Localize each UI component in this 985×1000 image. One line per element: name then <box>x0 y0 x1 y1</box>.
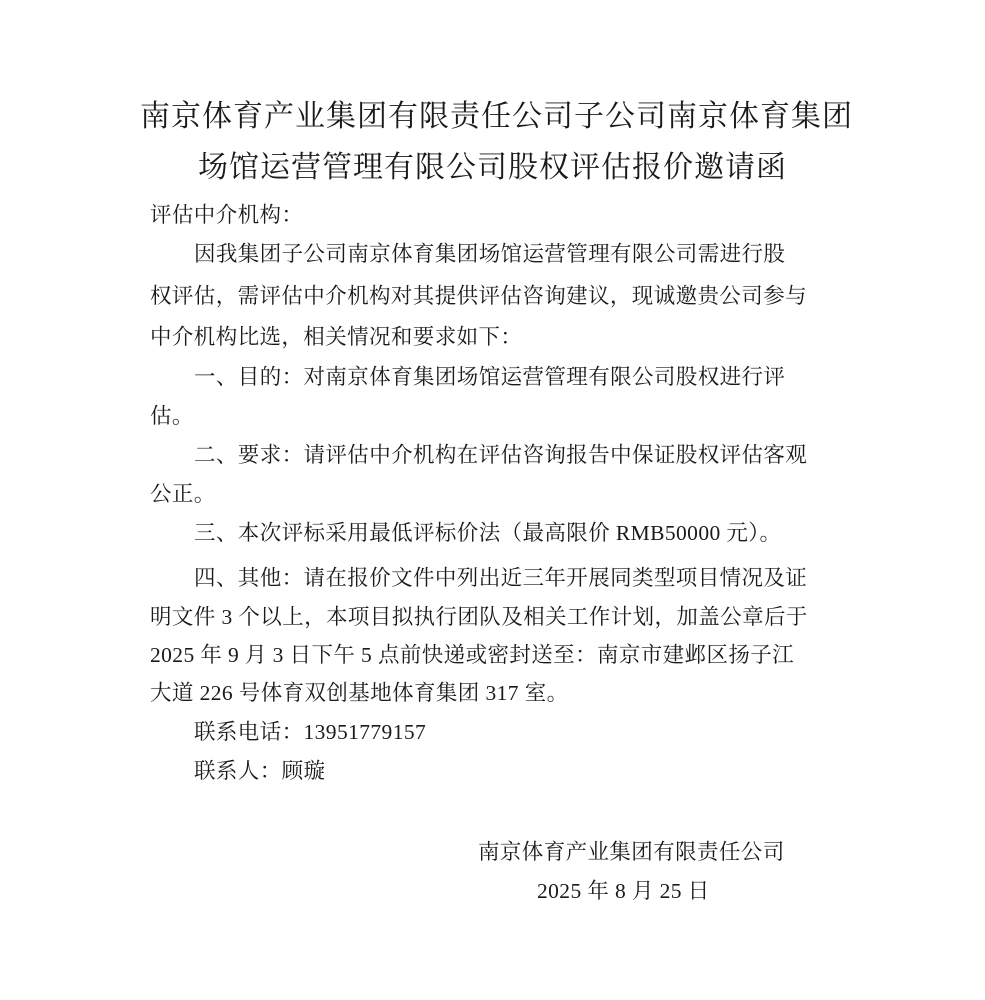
item-4-line-2: 明文件 3 个以上，本项目拟执行团队及相关工作计划，加盖公章后于 <box>150 602 808 632</box>
contact-phone: 联系电话：13951779157 <box>194 717 426 747</box>
item-4-line-1: 四、其他：请在报价文件中列出近三年开展同类型项目情况及证 <box>194 563 807 593</box>
signature-date: 2025 年 8 月 25 日 <box>537 876 710 906</box>
signature-organization: 南京体育产业集团有限责任公司 <box>478 837 785 867</box>
document-title-line-2: 场馆运营管理有限公司股权评估报价邀请函 <box>140 150 845 186</box>
intro-line-1: 因我集团子公司南京体育集团场馆运营管理有限公司需进行股 <box>194 239 785 269</box>
item-4-line-3: 2025 年 9 月 3 日下午 5 点前快递或密封送至：南京市建邺区扬子江 <box>150 640 794 670</box>
item-1-line-2: 估。 <box>150 401 194 431</box>
intro-line-2: 权评估，需评估中介机构对其提供评估咨询建议，现诚邀贵公司参与 <box>150 281 807 311</box>
salutation: 评估中介机构： <box>150 200 303 230</box>
document-page: 南京体育产业集团有限责任公司子公司南京体育集团 场馆运营管理有限公司股权评估报价… <box>0 0 985 1000</box>
item-2-line-2: 公正。 <box>150 479 216 509</box>
item-3-line-1: 三、本次评标采用最低评标价法（最高限价 RMB50000 元）。 <box>194 518 781 548</box>
intro-line-3: 中介机构比选，相关情况和要求如下： <box>150 322 522 352</box>
item-4-line-4: 大道 226 号体育双创基地体育集团 317 室。 <box>150 678 569 708</box>
document-title-line-1: 南京体育产业集团有限责任公司子公司南京体育集团 <box>140 99 845 135</box>
item-1-line-1: 一、目的：对南京体育集团场馆运营管理有限公司股权进行评 <box>194 362 785 392</box>
contact-person: 联系人：顾璇 <box>194 756 325 786</box>
item-2-line-1: 二、要求：请评估中介机构在评估咨询报告中保证股权评估客观 <box>194 440 807 470</box>
